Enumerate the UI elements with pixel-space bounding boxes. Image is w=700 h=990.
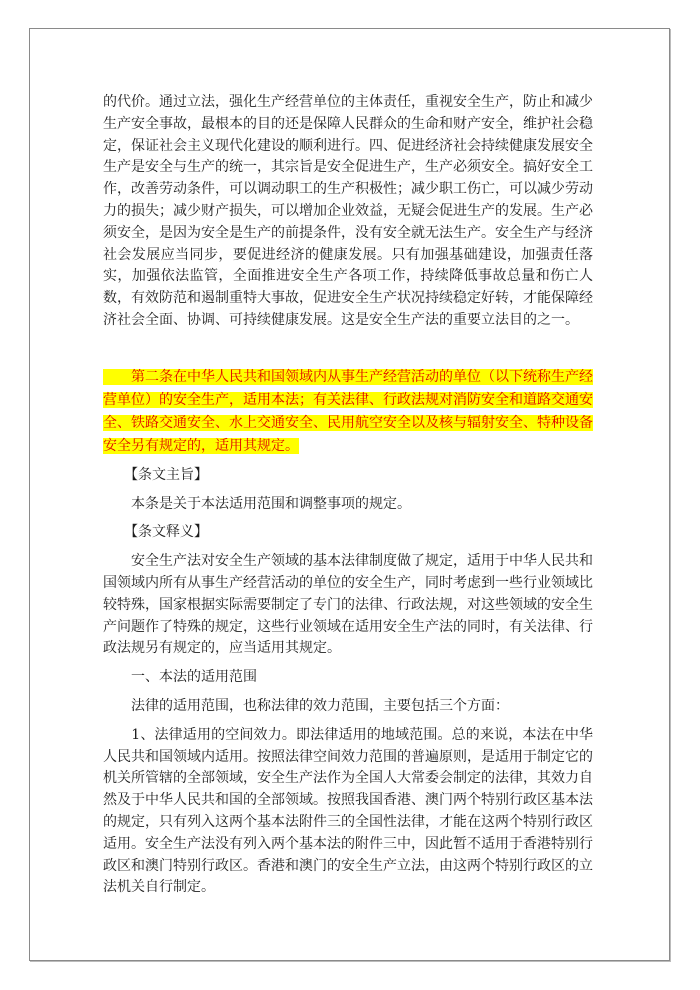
paragraph-spatial-effect: 1、法律适用的空间效力。即法律适用的地域范围。总的来说，本法在中华人民共和国领域… [103,725,593,899]
paragraph-text: 【条文主旨】 [103,467,208,483]
document-page: 的代价。通过立法，强化生产经营单位的主体责任，重视安全生产，防止和减少生产安全事… [29,28,670,961]
paragraph-interpretation-overview: 安全生产法对安全生产领域的基本法律制度做了规定，适用于中华人民共和国领域内所有从… [103,551,593,660]
paragraph-text: 本条是关于本法适用范围和调整事项的规定。 [103,496,411,512]
paragraph-article-gist-body: 本条是关于本法适用范围和调整事项的规定。 [103,494,593,516]
paragraph-continuation-legislative-purpose: 的代价。通过立法，强化生产经营单位的主体责任，重视安全生产，防止和减少生产安全事… [103,92,593,332]
heading-article-interpretation: 【条文释义】 [103,522,593,544]
paragraph-text: 第二条在中华人民共和国领域内从事生产经营活动的单位（以下统称生产经营单位）的安全… [103,369,593,454]
paragraph-text: 安全生产法对安全生产领域的基本法律制度做了规定，适用于中华人民共和国领域内所有从… [103,553,593,656]
heading-article-gist: 【条文主旨】 [103,465,593,487]
heading-scope-of-application: 一、本法的适用范围 [103,667,593,689]
paragraph-scope-intro: 法律的适用范围，也称法律的效力范围，主要包括三个方面： [103,696,593,718]
paragraph-text: 法律的适用范围，也称法律的效力范围，主要包括三个方面： [103,698,509,714]
paragraph-text: 1、法律适用的空间效力。即法律适用的地域范围。总的来说，本法在中华人民共和国领域… [103,727,593,896]
paragraph-text: 的代价。通过立法，强化生产经营单位的主体责任，重视安全生产，防止和减少生产安全事… [103,94,593,328]
paragraph-article-2-highlighted: 第二条在中华人民共和国领域内从事生产经营活动的单位（以下统称生产经营单位）的安全… [103,366,593,458]
paragraph-text: 【条文释义】 [103,524,208,540]
paragraph-text: 一、本法的适用范围 [103,669,257,685]
document-content: 的代价。通过立法，强化生产经营单位的主体责任，重视安全生产，防止和减少生产安全事… [103,85,593,899]
